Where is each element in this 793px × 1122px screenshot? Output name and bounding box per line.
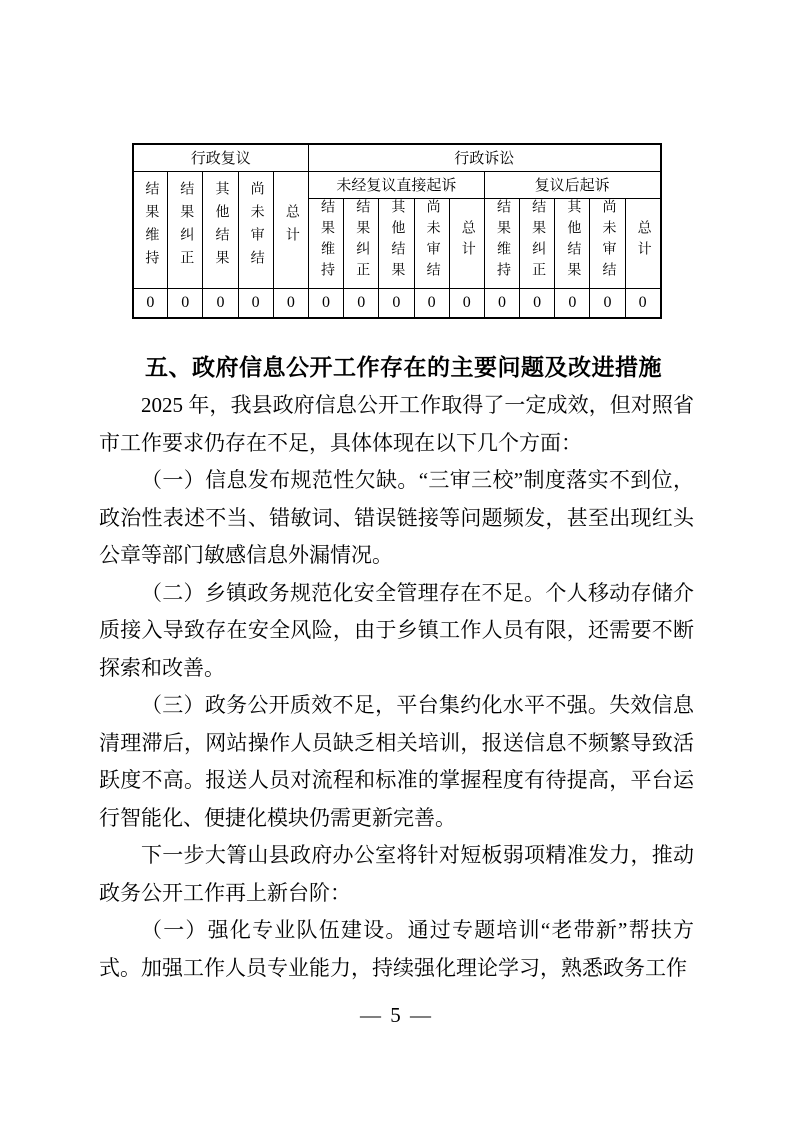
table-cell-value: 0 xyxy=(168,288,203,318)
column-header-label: 其他结果 xyxy=(389,199,403,283)
column-header-label: 结果纠正 xyxy=(354,199,368,283)
section-heading: 五、政府信息公开工作存在的主要问题及改进措施 xyxy=(99,347,694,387)
table-cell-value: 0 xyxy=(238,288,273,318)
paragraph-lead: （三）政务公开质效不足，平台集约化水平不强。 xyxy=(141,693,609,717)
page-number: — 5 — xyxy=(0,1003,793,1028)
statistics-table: 行政复议 行政诉讼 结果维持 结果纠正 其他结果 尚未审结 总计 未经复议直接起… xyxy=(132,143,662,319)
column-header-other-result: 其他结果 xyxy=(379,198,414,288)
column-header-total: 总计 xyxy=(625,198,660,288)
table-cell-value: 0 xyxy=(133,288,168,318)
paragraph-lead: （一）强化专业队伍建设。 xyxy=(141,918,408,942)
column-header-other-result: 其他结果 xyxy=(555,198,590,288)
column-header-result-upheld: 结果维持 xyxy=(484,198,519,288)
column-header-pending: 尚未审结 xyxy=(238,171,273,288)
document-page: 行政复议 行政诉讼 结果维持 结果纠正 其他结果 尚未审结 总计 未经复议直接起… xyxy=(0,0,793,1122)
column-header-pending: 尚未审结 xyxy=(414,198,449,288)
table-cell-value: 0 xyxy=(520,288,555,318)
paragraph-problem-3: （三）政务公开质效不足，平台集约化水平不强。失效信息清理滞后，网站操作人员缺乏相… xyxy=(99,687,694,837)
column-header-label: 总计 xyxy=(460,220,474,262)
table-cell-value: 0 xyxy=(379,288,414,318)
column-header-label: 尚未审结 xyxy=(425,199,439,283)
column-header-label: 结果维持 xyxy=(143,181,157,273)
subgroup-header-direct-lawsuit: 未经复议直接起诉 xyxy=(308,171,484,198)
table-cell-value: 0 xyxy=(273,288,308,318)
table-cell-value: 0 xyxy=(484,288,519,318)
column-header-other-result: 其他结果 xyxy=(203,171,238,288)
table-cell-value: 0 xyxy=(203,288,238,318)
column-header-result-corrected: 结果纠正 xyxy=(344,198,379,288)
document-body: 五、政府信息公开工作存在的主要问题及改进措施 2025 年，我县政府信息公开工作… xyxy=(99,347,694,987)
subgroup-header-lawsuit-after-reconsideration: 复议后起诉 xyxy=(484,171,660,198)
table-cell-value: 0 xyxy=(555,288,590,318)
group-header-administrative-reconsideration: 行政复议 xyxy=(133,144,309,171)
column-header-total: 总计 xyxy=(273,171,308,288)
column-header-label: 其他结果 xyxy=(565,199,579,283)
paragraph-measure-1: （一）强化专业队伍建设。通过专题培训“老带新”帮扶方式。加强工作人员专业能力，持… xyxy=(99,912,694,987)
column-header-label: 结果维持 xyxy=(495,199,509,283)
column-header-result-corrected: 结果纠正 xyxy=(520,198,555,288)
table-cell-value: 0 xyxy=(344,288,379,318)
paragraph-problem-1: （一）信息发布规范性欠缺。“三审三校”制度落实不到位，政治性表述不当、错敏词、错… xyxy=(99,462,694,575)
column-header-label: 尚未审结 xyxy=(249,181,263,273)
table-cell-value: 0 xyxy=(590,288,625,318)
group-header-administrative-litigation: 行政诉讼 xyxy=(308,144,660,171)
column-header-total: 总计 xyxy=(449,198,484,288)
paragraph-intro: 2025 年，我县政府信息公开工作取得了一定成效，但对照省市工作要求仍存在不足，… xyxy=(99,387,694,462)
table-subgroup-header-row: 结果维持 结果纠正 其他结果 尚未审结 总计 未经复议直接起诉 复议后起诉 xyxy=(133,171,661,198)
column-header-result-corrected: 结果纠正 xyxy=(168,171,203,288)
table-cell-value: 0 xyxy=(308,288,343,318)
column-header-label: 尚未审结 xyxy=(601,199,615,283)
statistics-table-wrapper: 行政复议 行政诉讼 结果维持 结果纠正 其他结果 尚未审结 总计 未经复议直接起… xyxy=(132,143,662,319)
column-header-label: 结果维持 xyxy=(319,199,333,283)
paragraph-text: 2025 年，我县政府信息公开工作取得了一定成效，但对照省市工作要求仍存在不足，… xyxy=(99,393,694,455)
table-cell-value: 0 xyxy=(414,288,449,318)
column-header-label: 总计 xyxy=(284,204,298,250)
paragraph-text: 下一步大箐山县政府办公室将针对短板弱项精准发力，推动政务公开工作再上新台阶： xyxy=(99,843,694,905)
paragraph-lead: （二）乡镇政务规范化安全管理存在不足。 xyxy=(141,581,545,605)
column-header-label: 结果纠正 xyxy=(530,199,544,283)
column-header-result-upheld: 结果维持 xyxy=(133,171,168,288)
column-header-pending: 尚未审结 xyxy=(590,198,625,288)
column-header-label: 结果纠正 xyxy=(178,181,192,273)
column-header-label: 其他结果 xyxy=(213,181,227,273)
table-value-row: 0 0 0 0 0 0 0 0 0 0 0 0 0 0 0 xyxy=(133,288,661,318)
paragraph-problem-2: （二）乡镇政务规范化安全管理存在不足。个人移动存储介质接入导致存在安全风险，由于… xyxy=(99,575,694,688)
paragraph-next-steps: 下一步大箐山县政府办公室将针对短板弱项精准发力，推动政务公开工作再上新台阶： xyxy=(99,837,694,912)
column-header-label: 总计 xyxy=(636,220,650,262)
table-group-header-row: 行政复议 行政诉讼 xyxy=(133,144,661,171)
column-header-result-upheld: 结果维持 xyxy=(308,198,343,288)
table-cell-value: 0 xyxy=(625,288,660,318)
table-cell-value: 0 xyxy=(449,288,484,318)
paragraph-lead: （一）信息发布规范性欠缺。 xyxy=(141,468,419,492)
